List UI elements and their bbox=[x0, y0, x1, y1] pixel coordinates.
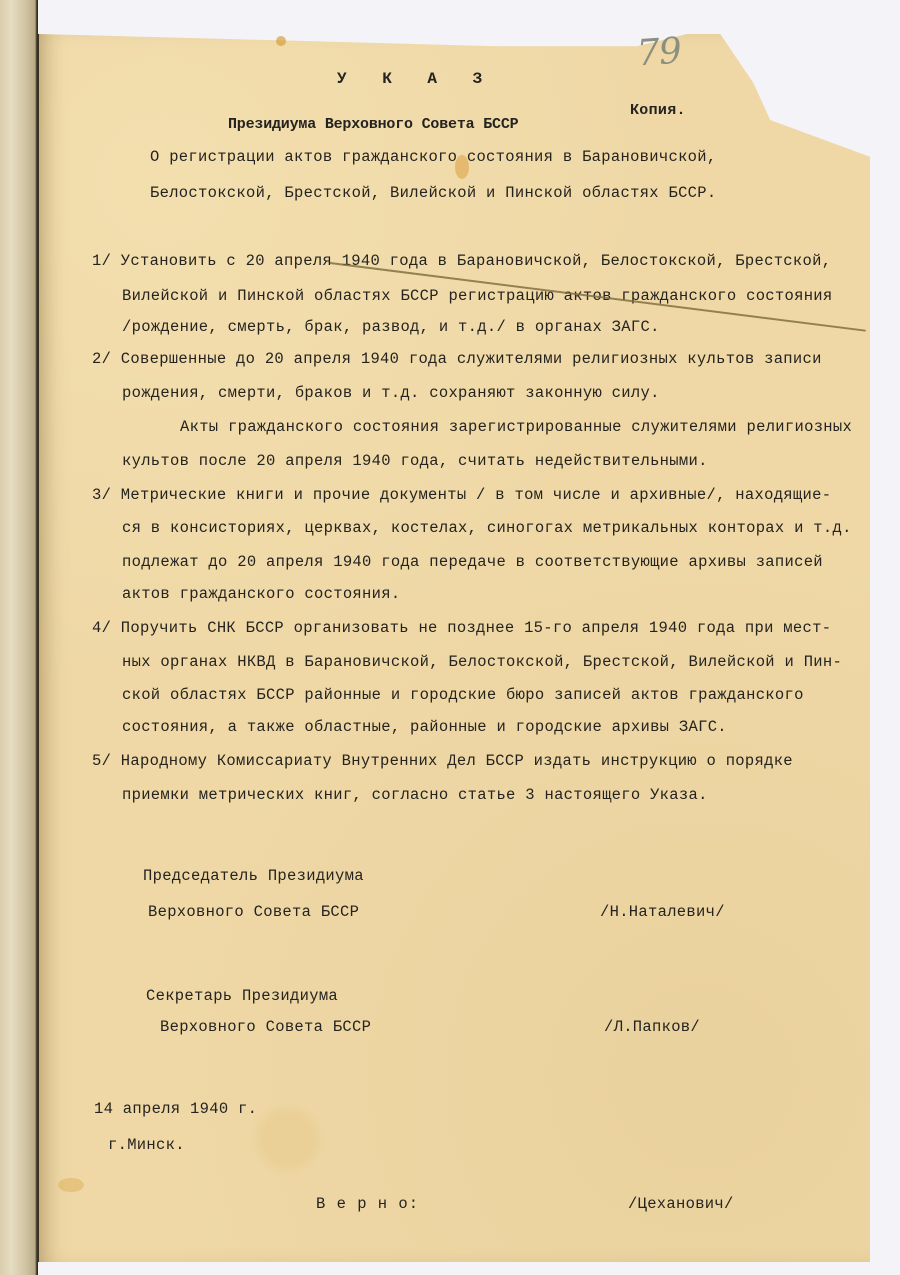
stain bbox=[276, 36, 286, 46]
signatory-title: Секретарь Президиума bbox=[146, 987, 338, 1005]
clause-3-line: подлежат до 20 апреля 1940 года передаче… bbox=[122, 553, 823, 571]
clause-4-line: состояния, а также областные, районные и… bbox=[122, 718, 727, 736]
copy-mark: Копия. bbox=[630, 102, 686, 119]
document-date: 14 апреля 1940 г. bbox=[94, 1100, 257, 1118]
binding-strip bbox=[0, 0, 38, 1275]
decree-subject-line: Белостокской, Брестской, Вилейской и Пин… bbox=[150, 184, 717, 202]
page-crease bbox=[37, 34, 39, 1262]
clause-3-line: актов гражданского состояния. bbox=[122, 585, 400, 603]
clause-1-line: Вилейской и Пинской областях БССР регист… bbox=[122, 287, 833, 305]
clause-4-line: ных органах НКВД в Барановичской, Белост… bbox=[122, 653, 842, 671]
decree-subject-line: О регистрации актов гражданского состоян… bbox=[150, 148, 717, 166]
clause-5-line: 5/ Народному Комиссариату Внутренних Дел… bbox=[92, 752, 793, 770]
clause-4-line: 4/ Поручить СНК БССР организовать не поз… bbox=[92, 619, 831, 637]
document-title: У К А З bbox=[337, 70, 495, 88]
clause-2-line: рождения, смерти, браков и т.д. сохраняю… bbox=[122, 384, 660, 402]
clause-2-line: культов после 20 апреля 1940 года, счита… bbox=[122, 452, 708, 470]
document-page bbox=[38, 34, 870, 1262]
certified-label: В е р н о: bbox=[316, 1195, 419, 1213]
clause-2-line: Акты гражданского состояния зарегистриро… bbox=[180, 418, 852, 436]
clause-1-line: /рождение, смерть, брак, развод, и т.д./… bbox=[122, 318, 660, 336]
clause-5-line: приемки метрических книг, согласно стать… bbox=[122, 786, 708, 804]
clause-3-line: ся в консисториях, церквах, костелах, си… bbox=[122, 519, 852, 537]
stain bbox=[58, 1178, 84, 1192]
signatory-title: Верховного Совета БССР bbox=[148, 903, 359, 921]
certified-name: /Цеханович/ bbox=[628, 1195, 734, 1213]
clause-4-line: ской областях БССР районные и городские … bbox=[122, 686, 804, 704]
clause-1-line: 1/ Установить с 20 апреля 1940 года в Ба… bbox=[92, 252, 831, 270]
signatory-title: Председатель Президиума bbox=[143, 867, 364, 885]
clause-2-line: 2/ Совершенные до 20 апреля 1940 года сл… bbox=[92, 350, 822, 368]
signatory-title: Верховного Совета БССР bbox=[160, 1018, 371, 1036]
issuer-heading: Президиума Верховного Совета БССР bbox=[228, 116, 518, 133]
signatory-name: /Л.Папков/ bbox=[604, 1018, 700, 1036]
folio-number: 79 bbox=[636, 31, 683, 75]
document-place: г.Минск. bbox=[108, 1136, 185, 1154]
signatory-name: /Н.Наталевич/ bbox=[600, 903, 725, 921]
clause-3-line: 3/ Метрические книги и прочие документы … bbox=[92, 486, 831, 504]
